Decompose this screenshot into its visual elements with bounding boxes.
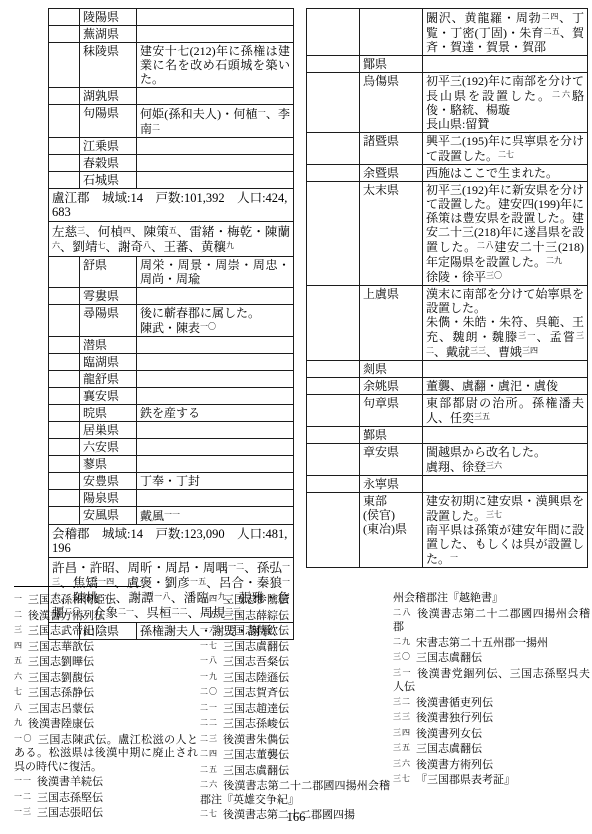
county-desc-cell (137, 422, 294, 439)
footnote-item: 一三国志孫和何姫伝 (14, 592, 198, 608)
footnote-number: 二二 (200, 718, 218, 727)
county-desc-cell (137, 388, 294, 405)
footnote-number: 二四 (200, 749, 218, 758)
footnote-number: 三五 (393, 743, 411, 752)
table-row: 雩婁県 (49, 288, 294, 305)
county-desc-cell: 西施はここで生まれた。 (423, 165, 588, 182)
table-row: 安豊県丁奉・丁封 (49, 473, 294, 490)
footnote-ref: 三三 (470, 346, 486, 355)
county-name-cell: 湖孰県 (80, 88, 137, 105)
footnote-number: 二一 (200, 703, 218, 712)
footnote-number: 八 (14, 703, 23, 712)
footnote-number: 九 (14, 718, 23, 727)
table-row: 六安県 (49, 439, 294, 456)
table-row: 闞沢、黄龍羅・周勃二四、丁覧・丁密(丁固)・朱育二五、賀斉・賀達・賀景・賀邵 (307, 9, 588, 56)
county-desc-cell (137, 88, 294, 105)
commandery-blank-cell (307, 133, 360, 165)
footnote-ref: 一三 (52, 562, 290, 586)
footnote-number: 二五 (200, 765, 218, 774)
footnote-ref: 一四 (98, 577, 114, 586)
footnote-item: 五三国志劉曄伝 (14, 654, 198, 670)
commandery-blank-cell (49, 155, 80, 172)
county-name-cell: 居巣県 (80, 422, 137, 439)
table-row: 永寧県 (307, 476, 588, 493)
footnote-item: 三一後漢書党錮列伝、三国志孫堅呉夫人伝 (393, 666, 590, 695)
footnote-item: 三六後漢書方術列伝 (393, 757, 590, 773)
footnote-ref: 一一 (164, 510, 180, 519)
county-name-cell: 雩婁県 (80, 288, 137, 305)
county-desc-cell (137, 354, 294, 371)
document-page: 陵陽県蕪湖県秣陵県建安十七(212)年に孫権は建業に名を改め石頭城を築いた。湖孰… (0, 0, 592, 834)
table-row: 龍舒県 (49, 371, 294, 388)
county-name-cell: 襄安県 (80, 388, 137, 405)
footnote-number: 二三 (200, 734, 218, 743)
county-desc-cell: 建安初期に建安県・漢興県を設置した。三七南平県は孫策が建安年間に設置した、もしく… (423, 493, 588, 568)
county-name-cell: 陵陽県 (80, 9, 137, 26)
left-county-table: 陵陽県蕪湖県秣陵県建安十七(212)年に孫権は建業に名を改め石頭城を築いた。湖孰… (48, 8, 294, 640)
table-row: 余暨県西施はここで生まれた。 (307, 165, 588, 182)
footnote-number: 三四 (393, 728, 411, 737)
footnote-ref: 三四 (522, 346, 538, 355)
footnote-number: 一 (14, 594, 23, 603)
county-desc-cell: 興平二(195)年に呉寧県を分けて設置した。二七 (423, 133, 588, 165)
county-name-cell: 余暨県 (360, 165, 423, 182)
footnote-item: 一六三国志蒋欽伝 (200, 623, 390, 639)
footnote-item: 二一三国志趙達伝 (200, 701, 390, 717)
county-name-cell: 龍舒県 (80, 371, 137, 388)
footnote-ref: 二七 (498, 150, 514, 159)
footnote-ref: 一〇 (200, 322, 216, 331)
footnote-item: 三三国志武帝紀 (14, 623, 198, 639)
county-desc-cell: 東部都尉の治所。孫権潘夫人、任奕三五 (423, 395, 588, 427)
commandery-blank-cell (49, 9, 80, 26)
table-row: 太末県初平三(192)年に新安県を分けて設置した。建安四(199)年に孫策は豊安… (307, 182, 588, 286)
footnote-item: 八三国志呂蒙伝 (14, 701, 198, 717)
county-name-cell: 秣陵県 (80, 43, 137, 88)
county-desc-cell (137, 155, 294, 172)
table-row: 諸暨県興平二(195)年に呉寧県を分けて設置した。二七 (307, 133, 588, 165)
commandery-blank-cell (307, 73, 360, 133)
left-text-column: 陵陽県蕪湖県秣陵県建安十七(212)年に孫権は建業に名を改め石頭城を築いた。湖孰… (48, 8, 294, 640)
table-row: 剡県 (307, 361, 588, 378)
commandery-blank-cell (49, 138, 80, 155)
commandery-blank-cell (49, 88, 80, 105)
county-name-cell: 諸暨県 (360, 133, 423, 165)
county-name-cell: 潜県 (80, 337, 137, 354)
commandery-blank-cell (49, 354, 80, 371)
table-row: 晥県鉄を産する (49, 405, 294, 422)
footnote-number: 二六 (200, 780, 218, 789)
commandery-blank-cell (307, 444, 360, 476)
footnote-item: 一九三国志陸遜伝 (200, 670, 390, 686)
footnote-number: 四 (14, 641, 23, 650)
table-row: 安風県戴風一一 (49, 507, 294, 525)
footnote-item: 一一後漢書羊続伝 (14, 774, 198, 790)
page-number: 166 (0, 810, 592, 825)
commandery-blank-cell (49, 305, 80, 337)
county-name-cell: 六安県 (80, 439, 137, 456)
footnotes-column-1: 一三国志孫和何姫伝二後漢書方術列伝三三国志武帝紀四三国志華歆伝五三国志劉曄伝六三… (14, 592, 198, 821)
footnote-number: 三七 (393, 774, 411, 783)
footnotes-column-3: 州会稽郡注『越絶書』二八後漢書志第二十二郡國四揚州会稽郡二九宋書志第二十五州郡一… (393, 592, 590, 788)
footnote-ref: 一 (450, 553, 458, 562)
footnote-ref: 三七 (486, 510, 502, 519)
county-desc-cell: 丁奉・丁封 (137, 473, 294, 490)
footnote-ref: 一 (258, 108, 266, 117)
commandery-people-cell: 左慈三、何楨四、陳策五、雷緒・梅乾・陳蘭六、劉靖七、謝奇八、王蕃、黄穰九 (49, 222, 294, 257)
commandery-blank-cell (307, 165, 360, 182)
table-row: 上虞県漢末に南部を分けて始寧県を設置した。朱儁・朱皓・朱符、呉範、王充、魏朗・魏… (307, 286, 588, 361)
footnote-ref: 三一 (518, 331, 536, 340)
footnote-item: 一七三国志虞翻伝 (200, 639, 390, 655)
footnote-item: 二九宋書志第二十五州郡一揚州 (393, 635, 590, 651)
table-row: 鄮県 (307, 56, 588, 73)
county-desc-cell (423, 361, 588, 378)
footnote-number: 一七 (200, 641, 218, 650)
commandery-blank-cell (49, 405, 80, 422)
county-desc-cell: 董襲、虞翻・虞汜・虞俊 (423, 378, 588, 395)
footnote-ref: 一二 (228, 562, 244, 571)
footnote-number: 五 (14, 656, 23, 665)
footnote-ref: 七 (98, 241, 106, 250)
commandery-blank-cell (49, 26, 80, 43)
county-name-cell: 舒県 (80, 257, 137, 288)
county-name-cell: 烏傷県 (360, 73, 423, 133)
county-name-cell: 臨湖県 (80, 354, 137, 371)
commandery-blank-cell (49, 105, 80, 138)
county-desc-cell: 後に蘄春郡に属した。陳武・陳表一〇 (137, 305, 294, 337)
commandery-blank-cell (49, 422, 80, 439)
footnote-ref: 二五 (544, 27, 560, 36)
footnote-ref: 五 (169, 226, 177, 235)
footnote-number: 一〇 (14, 734, 33, 743)
county-desc-cell (423, 427, 588, 444)
county-desc-cell (423, 476, 588, 493)
footnote-item: 一八三国志吾粲伝 (200, 654, 390, 670)
commandery-blank-cell (307, 395, 360, 427)
county-name-cell: 余姚県 (360, 378, 423, 395)
footnote-item: 三四後漢書列女伝 (393, 726, 590, 742)
commandery-blank-cell (307, 9, 360, 56)
table-row: 烏傷県初平三(192)年に南部を分けて長山県を設置した。二六駱俊・駱統、楊璇長山… (307, 73, 588, 133)
footnote-number: 三六 (393, 759, 411, 768)
county-name-cell: 石城県 (80, 172, 137, 189)
county-name-cell: 鄮県 (360, 56, 423, 73)
county-name-cell: 上虞県 (360, 286, 423, 361)
county-name-cell: 尋陽県 (80, 305, 137, 337)
footnotes-column-2: 一四三国志歩隲伝一五三国志薛綜伝一六三国志蒋欽伝一七三国志虞翻伝一八三国志吾粲伝… (200, 592, 390, 823)
commandery-blank-cell (307, 361, 360, 378)
table-row: 会稽郡 城域:14 戸数:123,090 人口:481,196 (49, 525, 294, 558)
county-name-cell: 蓼県 (80, 456, 137, 473)
county-desc-cell: 周栄・周景・周崇・周忠・周尚・周瑜 (137, 257, 294, 288)
county-name-cell: 江乗県 (80, 138, 137, 155)
footnote-item: 三三後漢書独行列伝 (393, 710, 590, 726)
footnote-number: 一六 (200, 625, 218, 634)
footnote-ref: 三〇 (486, 271, 502, 280)
footnote-ref: 三 (77, 226, 85, 235)
county-name-cell: 句章県 (360, 395, 423, 427)
footnote-item: 三二後漢書循吏列伝 (393, 695, 590, 711)
county-name-cell: 安豊県 (80, 473, 137, 490)
county-desc-cell (137, 456, 294, 473)
footnote-ref: 三五 (474, 412, 490, 421)
table-row: 陵陽県 (49, 9, 294, 26)
table-row: 章安県閩越県から改名した。虞翔、徐登三六 (307, 444, 588, 476)
commandery-blank-cell (307, 493, 360, 568)
footnote-number: 二〇 (200, 687, 218, 696)
footnote-item: 二四三国志董襲伝 (200, 747, 390, 763)
county-desc-cell (137, 337, 294, 354)
footnote-number: 二八 (393, 608, 412, 617)
county-desc-cell: 建安十七(212)年に孫権は建業に名を改め石頭城を築いた。 (137, 43, 294, 88)
county-name-cell: 剡県 (360, 361, 423, 378)
commandery-blank-cell (49, 456, 80, 473)
footnote-number: 一一 (14, 776, 32, 785)
county-name-cell: 章安県 (360, 444, 423, 476)
table-row: 舒県周栄・周景・周崇・周忠・周尚・周瑜 (49, 257, 294, 288)
table-row: 鄞県 (307, 427, 588, 444)
county-name-cell: 陽泉県 (80, 490, 137, 507)
commandery-blank-cell (49, 473, 80, 490)
table-row: 春穀県 (49, 155, 294, 172)
table-row: 蓼県 (49, 456, 294, 473)
table-row: 秣陵県建安十七(212)年に孫権は建業に名を改め石頭城を築いた。 (49, 43, 294, 88)
county-name-cell: 安風県 (80, 507, 137, 525)
table-row: 句章県東部都尉の治所。孫権潘夫人、任奕三五 (307, 395, 588, 427)
county-desc-cell: 閩越県から改名した。虞翔、徐登三六 (423, 444, 588, 476)
footnote-ref: 二八 (477, 241, 494, 250)
county-name-cell (360, 9, 423, 56)
commandery-blank-cell (307, 182, 360, 286)
footnote-number: 一九 (200, 672, 218, 681)
footnote-number: 一二 (14, 792, 32, 801)
table-row: 句陽県何姫(孫和夫人)・何植一、李南二 (49, 105, 294, 138)
footnote-item: 三七『三国郡県表考証』 (393, 772, 590, 788)
commandery-blank-cell (49, 337, 80, 354)
county-desc-cell: 漢末に南部を分けて始寧県を設置した。朱儁・朱皓・朱符、呉範、王充、魏朗・魏滕三一… (423, 286, 588, 361)
footnote-item: 二三後漢書朱儁伝 (200, 732, 390, 748)
county-name-cell: 東部(侯官)(東冶)県 (360, 493, 423, 568)
footnote-ref: 二九 (546, 256, 562, 265)
county-desc-cell (137, 439, 294, 456)
table-row: 左慈三、何楨四、陳策五、雷緒・梅乾・陳蘭六、劉靖七、謝奇八、王蕃、黄穰九 (49, 222, 294, 257)
footnote-item: 二五三国志虞翻伝 (200, 763, 390, 779)
footnote-number: 三〇 (393, 652, 411, 661)
footnote-ref: 九 (226, 241, 234, 250)
footnote-item: 一〇三国志陳武伝。盧江松滋の人とある。松滋県は後漢中期に廃止され呉の時代に復活。 (14, 732, 198, 775)
county-desc-cell (137, 490, 294, 507)
commandery-header-cell: 会稽郡 城域:14 戸数:123,090 人口:481,196 (49, 525, 294, 558)
footnote-item: 三五三国志虞翻伝 (393, 741, 590, 757)
table-row: 臨湖県 (49, 354, 294, 371)
footnote-number: 三一 (393, 668, 412, 677)
commandery-blank-cell (49, 507, 80, 525)
footnote-number: 三二 (393, 697, 411, 706)
county-desc-cell (137, 371, 294, 388)
commandery-blank-cell (49, 371, 80, 388)
footnote-ref: 四 (123, 226, 131, 235)
commandery-blank-cell (307, 476, 360, 493)
footnote-separator-rule (14, 586, 141, 587)
county-name-cell: 太末県 (360, 182, 423, 286)
county-name-cell: 句陽県 (80, 105, 137, 138)
commandery-blank-cell (49, 172, 80, 189)
footnote-item: 二〇三国志賀斉伝 (200, 685, 390, 701)
county-name-cell: 春穀県 (80, 155, 137, 172)
table-row: 居巣県 (49, 422, 294, 439)
county-desc-cell (423, 56, 588, 73)
table-row: 尋陽県後に蘄春郡に属した。陳武・陳表一〇 (49, 305, 294, 337)
commandery-blank-cell (307, 286, 360, 361)
county-name-cell: 永寧県 (360, 476, 423, 493)
footnote-number: 三 (14, 625, 23, 634)
commandery-blank-cell (49, 439, 80, 456)
county-desc-cell: 闞沢、黄龍羅・周勃二四、丁覧・丁密(丁固)・朱育二五、賀斉・賀達・賀景・賀邵 (423, 9, 588, 56)
county-desc-cell (137, 288, 294, 305)
commandery-blank-cell (307, 427, 360, 444)
footnote-item: 四三国志華歆伝 (14, 639, 198, 655)
county-desc-cell: 戴風一一 (137, 507, 294, 525)
footnote-item: 二後漢書方術列伝 (14, 608, 198, 624)
footnote-number: 二 (14, 610, 23, 619)
footnote-item: 二二三国志孫峻伝 (200, 716, 390, 732)
table-row: 陽泉県 (49, 490, 294, 507)
commandery-blank-cell (49, 43, 80, 88)
county-desc-cell (137, 26, 294, 43)
commandery-blank-cell (49, 257, 80, 288)
footnote-ref: 八 (143, 241, 151, 250)
county-desc-cell (137, 172, 294, 189)
footnote-item: 九後漢書陸康伝 (14, 716, 198, 732)
table-row: 湖孰県 (49, 88, 294, 105)
county-desc-cell (137, 9, 294, 26)
county-desc-cell: 初平三(192)年に南部を分けて長山県を設置した。二六駱俊・駱統、楊璇長山県:留… (423, 73, 588, 133)
table-row: 余姚県董襲、虞翻・虞汜・虞俊 (307, 378, 588, 395)
table-row: 江乗県 (49, 138, 294, 155)
footnote-ref: 三二 (426, 331, 584, 355)
footnote-ref: 二 (152, 123, 160, 132)
footnote-item: 三〇三国志虞翻伝 (393, 650, 590, 666)
footnote-number: 二九 (393, 637, 411, 646)
footnote-item: 州会稽郡注『越絶書』 (393, 592, 590, 606)
footnote-item: 一二三国志孫堅伝 (14, 790, 198, 806)
table-row: 盧江郡 城域:14 戸数:101,392 人口:424,683 (49, 189, 294, 222)
footnote-ref: 三六 (486, 461, 502, 470)
footnote-item: 二六後漢書志第二十二郡國四揚州会稽郡注『英雄交争紀』 (200, 778, 390, 807)
county-desc-cell: 初平三(192)年に新安県を分けて設置した。建安四(199)年に孫策は豊安県を設… (423, 182, 588, 286)
footnote-item: 一五三国志薛綜伝 (200, 608, 390, 624)
right-county-table: 闞沢、黄龍羅・周勃二四、丁覧・丁密(丁固)・朱育二五、賀斉・賀達・賀景・賀邵鄮県… (306, 8, 588, 568)
county-desc-cell (137, 138, 294, 155)
footnote-item: 七三国志孫静伝 (14, 685, 198, 701)
commandery-blank-cell (49, 288, 80, 305)
footnote-ref: 二四 (541, 12, 559, 21)
footnote-item: 六三国志劉馥伝 (14, 670, 198, 686)
commandery-blank-cell (307, 378, 360, 395)
county-desc-cell: 何姫(孫和夫人)・何植一、李南二 (137, 105, 294, 138)
footnote-number: 一八 (200, 656, 218, 665)
county-desc-cell: 鉄を産する (137, 405, 294, 422)
footnote-ref: 二六 (552, 90, 572, 99)
table-row: 蕪湖県 (49, 26, 294, 43)
footnote-number: 三三 (393, 712, 411, 721)
footnote-ref: 一五 (190, 577, 206, 586)
county-name-cell: 鄞県 (360, 427, 423, 444)
right-text-column: 闞沢、黄龍羅・周勃二四、丁覧・丁密(丁固)・朱育二五、賀斉・賀達・賀景・賀邵鄮県… (306, 8, 588, 568)
footnote-ref: 六 (52, 241, 60, 250)
table-row: 石城県 (49, 172, 294, 189)
footnote-number: 一五 (200, 610, 218, 619)
commandery-blank-cell (49, 388, 80, 405)
commandery-blank-cell (307, 56, 360, 73)
commandery-header-cell: 盧江郡 城域:14 戸数:101,392 人口:424,683 (49, 189, 294, 222)
footnote-number: 七 (14, 687, 23, 696)
footnote-number: 一四 (200, 594, 218, 603)
table-row: 襄安県 (49, 388, 294, 405)
table-row: 東部(侯官)(東冶)県建安初期に建安県・漢興県を設置した。三七南平県は孫策が建安… (307, 493, 588, 568)
footnote-item: 一四三国志歩隲伝 (200, 592, 390, 608)
commandery-blank-cell (49, 490, 80, 507)
footnote-item: 二八後漢書志第二十二郡國四揚州会稽郡 (393, 606, 590, 635)
county-name-cell: 蕪湖県 (80, 26, 137, 43)
footnote-number: 六 (14, 672, 23, 681)
county-name-cell: 晥県 (80, 405, 137, 422)
table-row: 潜県 (49, 337, 294, 354)
